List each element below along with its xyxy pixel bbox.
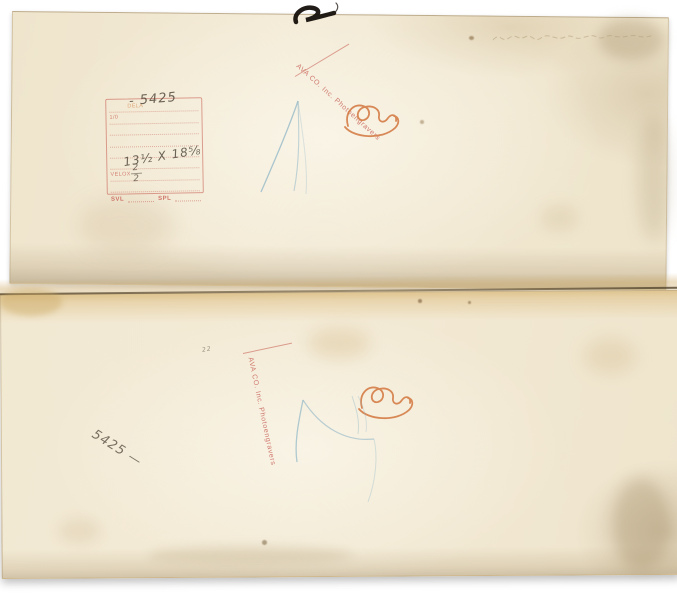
dotted-rule [128, 194, 154, 202]
spl-label: SPL [158, 196, 171, 202]
fraction-denominator: 2 [133, 174, 140, 184]
stamp-row-label: VELOX [110, 172, 130, 178]
fraction-numerator: 2 [130, 163, 141, 175]
dotted-rule [175, 193, 201, 201]
stamp-footer: SVL SPL [111, 191, 200, 203]
ink-mark-top-edge [288, 1, 344, 31]
stamp-row-label: 1/0 [109, 115, 118, 121]
svl-label: SVL [111, 197, 124, 203]
blue-pencil-mark-bottom [286, 390, 406, 510]
photo-backdrop: DELA 1/0 VELOX SVL SPL - 5425 13½ X 18⅝ … [0, 0, 677, 600]
blue-pencil-mark-top [256, 96, 312, 200]
grease-pencil-scribble-top [338, 98, 406, 142]
faint-pencil-inscription [490, 30, 668, 46]
handwritten-fraction: 2 2 [130, 163, 142, 185]
